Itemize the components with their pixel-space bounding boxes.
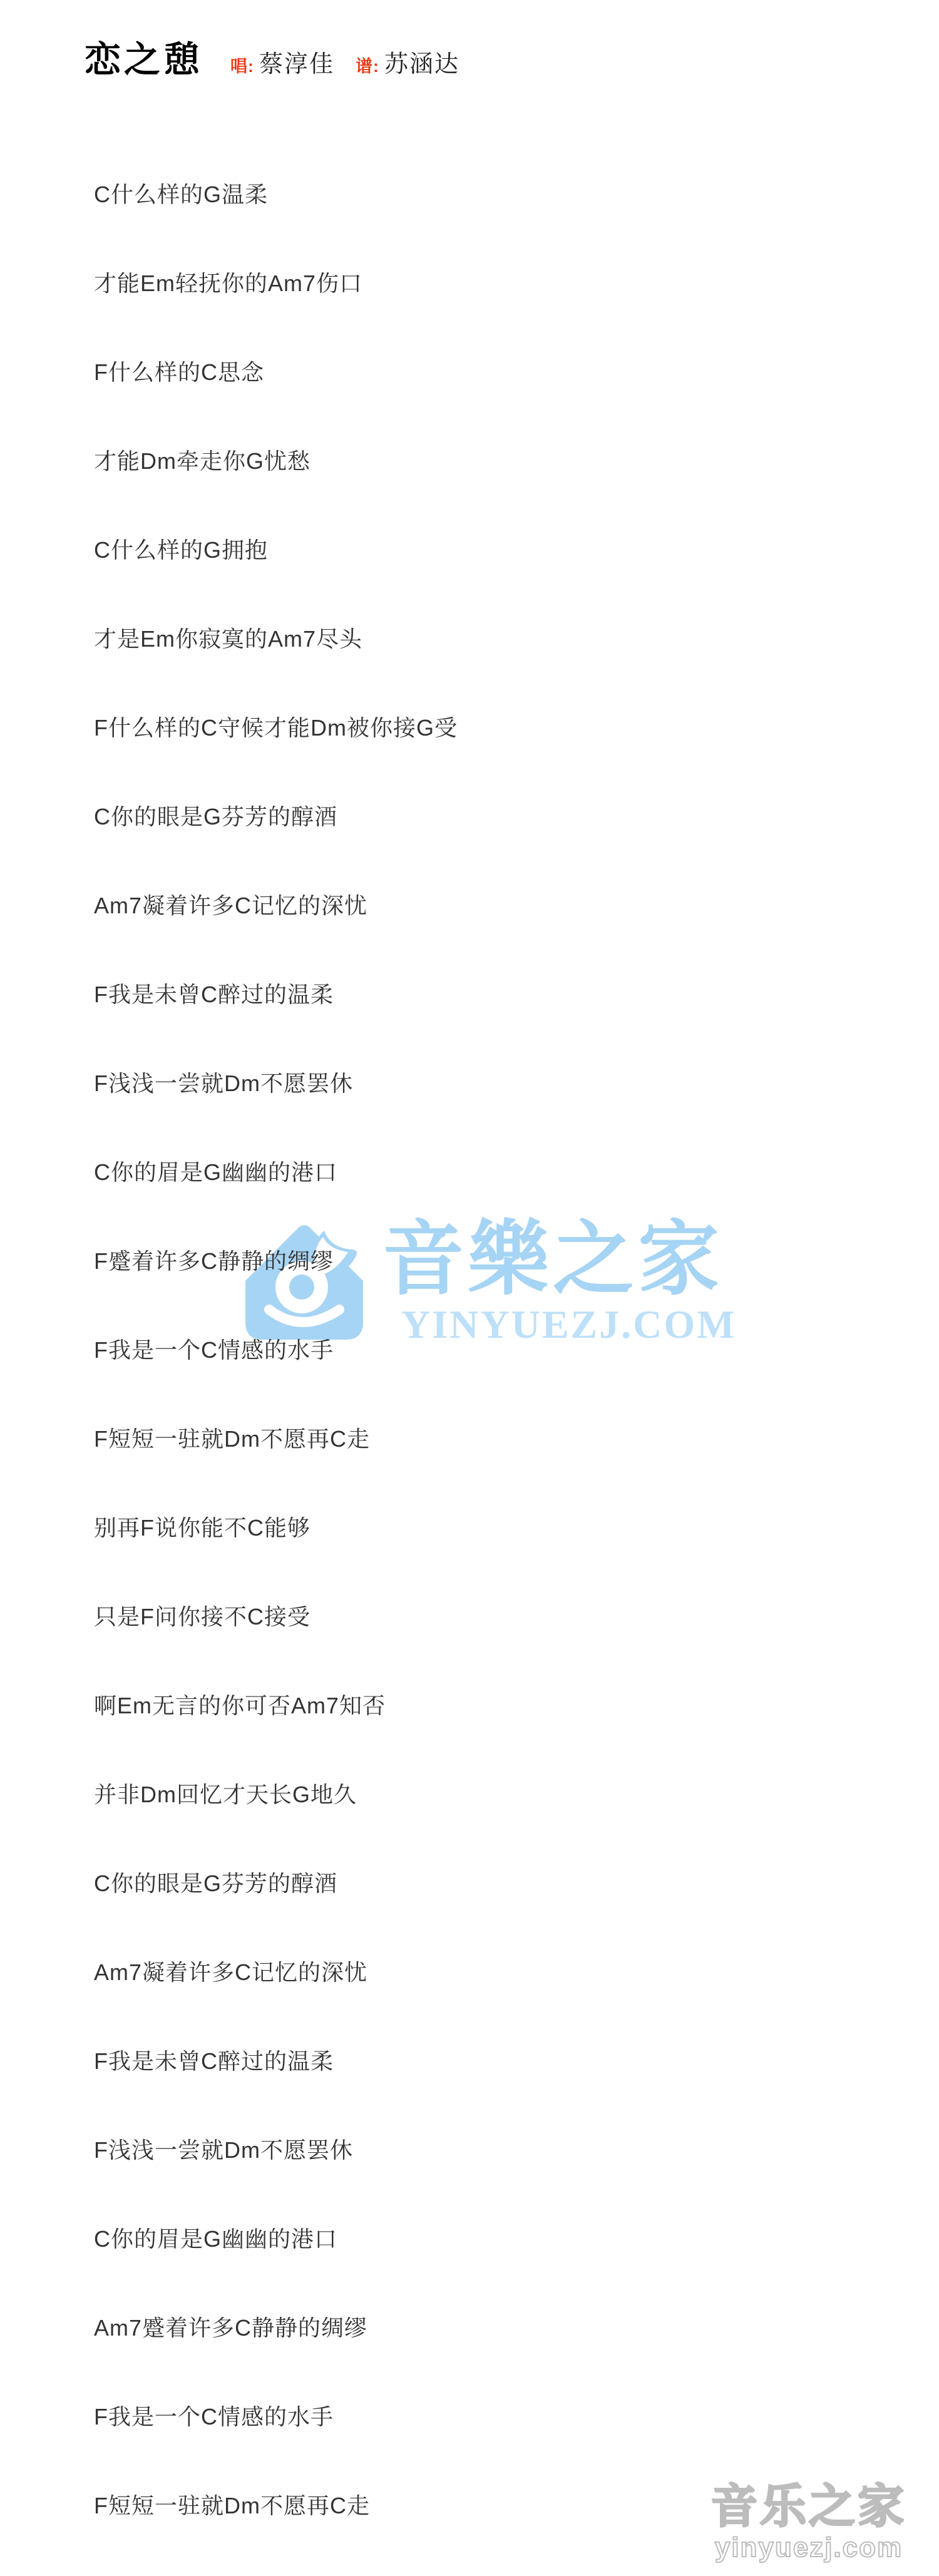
lyric-line: Am7凝着许多C记忆的深忧 — [94, 1928, 458, 2017]
lyric-line: F我是未曾C醉过的温柔 — [94, 950, 458, 1039]
lyric-line: 只是F问你接不C接受 — [94, 1573, 458, 1661]
lyric-line: F浅浅一尝就Dm不愿罢休 — [94, 1039, 458, 1128]
lyrics-section: C什么样的G温柔 才能Em轻抚你的Am7伤口 F什么样的C思念 才能Dm牵走你G… — [94, 150, 458, 2550]
lyric-line: Am7蹙着许多C静静的绸缪 — [94, 2284, 458, 2373]
lyric-line: F蹙着许多C静静的绸缪 — [94, 1217, 458, 1306]
page-title: 恋之憩 — [85, 30, 203, 83]
site-watermark-corner: 音乐之家 yinyuezj.com — [696, 2480, 921, 2563]
corner-watermark-brand-text: 音乐之家 — [696, 2480, 921, 2533]
header: 恋之憩 唱: 蔡淳佳 谱: 苏涵达 — [85, 30, 459, 83]
singer-meta: 唱: 蔡淳佳 — [230, 44, 334, 79]
arranger-label: 谱: — [356, 53, 379, 77]
lyric-line: F短短一驻就Dm不愿再C走 — [94, 1395, 458, 1484]
lyric-line: Am7凝着许多C记忆的深忧 — [94, 861, 458, 950]
lyric-line: 才是Em你寂寞的Am7尽头 — [94, 595, 458, 684]
lyric-line: F什么样的C守候才能Dm被你接G受 — [94, 684, 458, 772]
lyric-line: C什么样的G温柔 — [94, 150, 458, 239]
lyric-line: C你的眉是G幽幽的港口 — [94, 1128, 458, 1217]
lyric-line: C你的眉是G幽幽的港口 — [94, 2195, 458, 2284]
lyric-line: F我是未曾C醉过的温柔 — [94, 2017, 458, 2106]
lyric-line: F我是一个C情感的水手 — [94, 2373, 458, 2461]
lyric-line: F短短一驻就Dm不愿再C走 — [94, 2461, 458, 2550]
arranger-meta: 谱: 苏涵达 — [356, 44, 459, 79]
lyric-line: F什么样的C思念 — [94, 328, 458, 417]
lyric-line: 才能Em轻抚你的Am7伤口 — [94, 239, 458, 328]
chord-sheet-page: { "header": { "title": "恋之憩", "singer_la… — [0, 0, 939, 2576]
lyric-line: F浅浅一尝就Dm不愿罢休 — [94, 2106, 458, 2195]
lyric-line: 别再F说你能不C能够 — [94, 1484, 458, 1573]
singer-name: 蔡淳佳 — [259, 44, 334, 79]
arranger-name: 苏涵达 — [384, 44, 459, 79]
lyric-line: C你的眼是G芬芳的醇酒 — [94, 772, 458, 861]
lyric-line: 并非Dm回忆才天长G地久 — [94, 1750, 458, 1839]
lyric-line: F我是一个C情感的水手 — [94, 1306, 458, 1395]
lyric-line: 啊Em无言的你可否Am7知否 — [94, 1661, 458, 1750]
singer-label: 唱: — [230, 53, 254, 77]
corner-watermark-url-text: yinyuezj.com — [696, 2533, 921, 2563]
lyric-line: C你的眼是G芬芳的醇酒 — [94, 1839, 458, 1928]
lyric-line: C什么样的G拥抱 — [94, 506, 458, 595]
lyric-line: 才能Dm牵走你G忧愁 — [94, 417, 458, 506]
